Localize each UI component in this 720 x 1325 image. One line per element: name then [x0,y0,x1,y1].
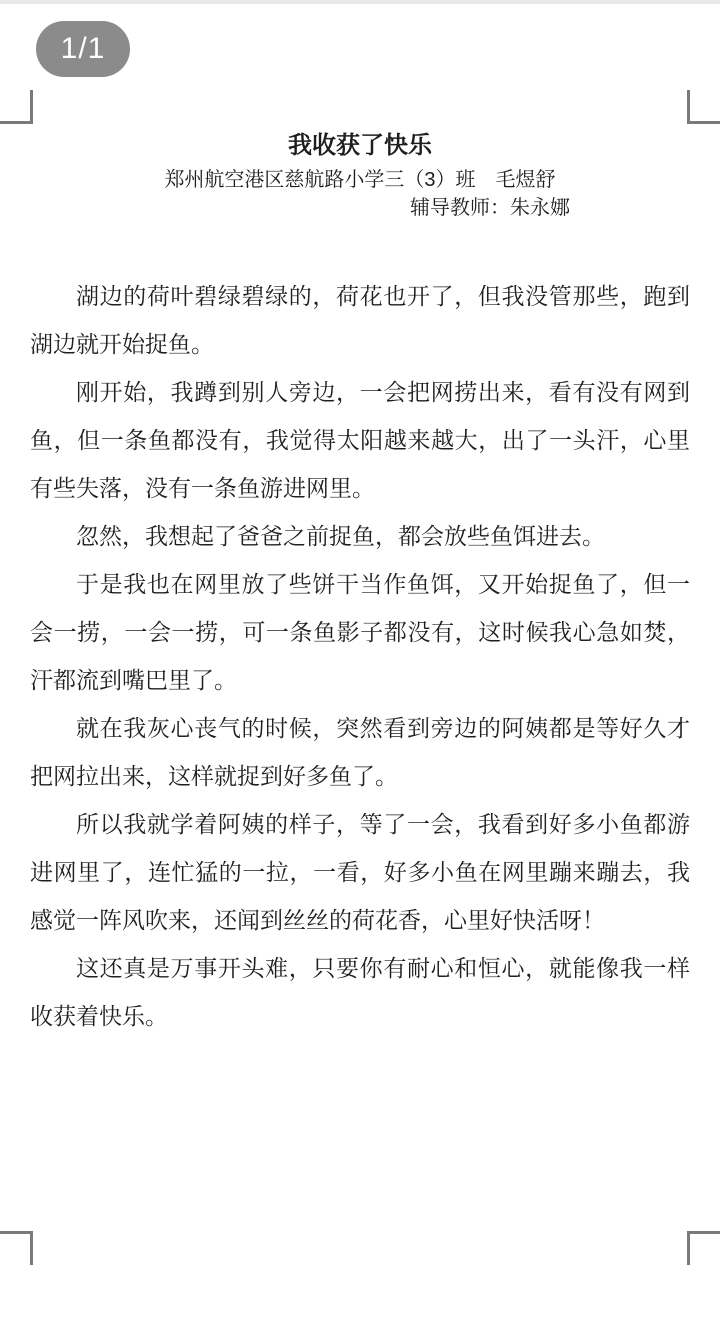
essay-paragraph: 就在我灰心丧气的时候，突然看到旁边的阿姨都是等好久才把网拉出来，这样就捉到好多鱼… [30,704,690,800]
essay-paragraph: 湖边的荷叶碧绿碧绿的，荷花也开了，但我没管那些，跑到湖边就开始捉鱼。 [30,272,690,368]
essay-paragraph: 所以我就学着阿姨的样子，等了一会，我看到好多小鱼都游进网里了，连忙猛的一拉，一看… [30,800,690,944]
essay-byline: 郑州航空港区慈航路小学三（3）班 毛煜舒 [30,166,690,194]
essay-paragraph: 这还真是万事开头难，只要你有耐心和恒心，就能像我一样收获着快乐。 [30,944,690,1040]
essay-body: 湖边的荷叶碧绿碧绿的，荷花也开了，但我没管那些，跑到湖边就开始捉鱼。 刚开始，我… [30,272,690,1040]
essay-paragraph: 忽然，我想起了爸爸之前捉鱼，都会放些鱼饵进去。 [30,512,690,560]
essay-paragraph: 刚开始，我蹲到别人旁边，一会把网捞出来，看有没有网到鱼，但一条鱼都没有，我觉得太… [30,368,690,512]
essay-instructor-line: 辅导教师：朱永娜 [30,194,690,222]
document-page[interactable]: 我收获了快乐 郑州航空港区慈航路小学三（3）班 毛煜舒 辅导教师：朱永娜 湖边的… [0,0,720,1325]
scan-preview-screen: 1/1 我收获了快乐 郑州航空港区慈航路小学三（3）班 毛煜舒 辅导教师：朱永娜… [0,0,720,1325]
essay-title: 我收获了快乐 [30,126,690,166]
essay-paragraph: 于是我也在网里放了些饼干当作鱼饵，又开始捉鱼了，但一会一捞，一会一捞，可一条鱼影… [30,560,690,704]
